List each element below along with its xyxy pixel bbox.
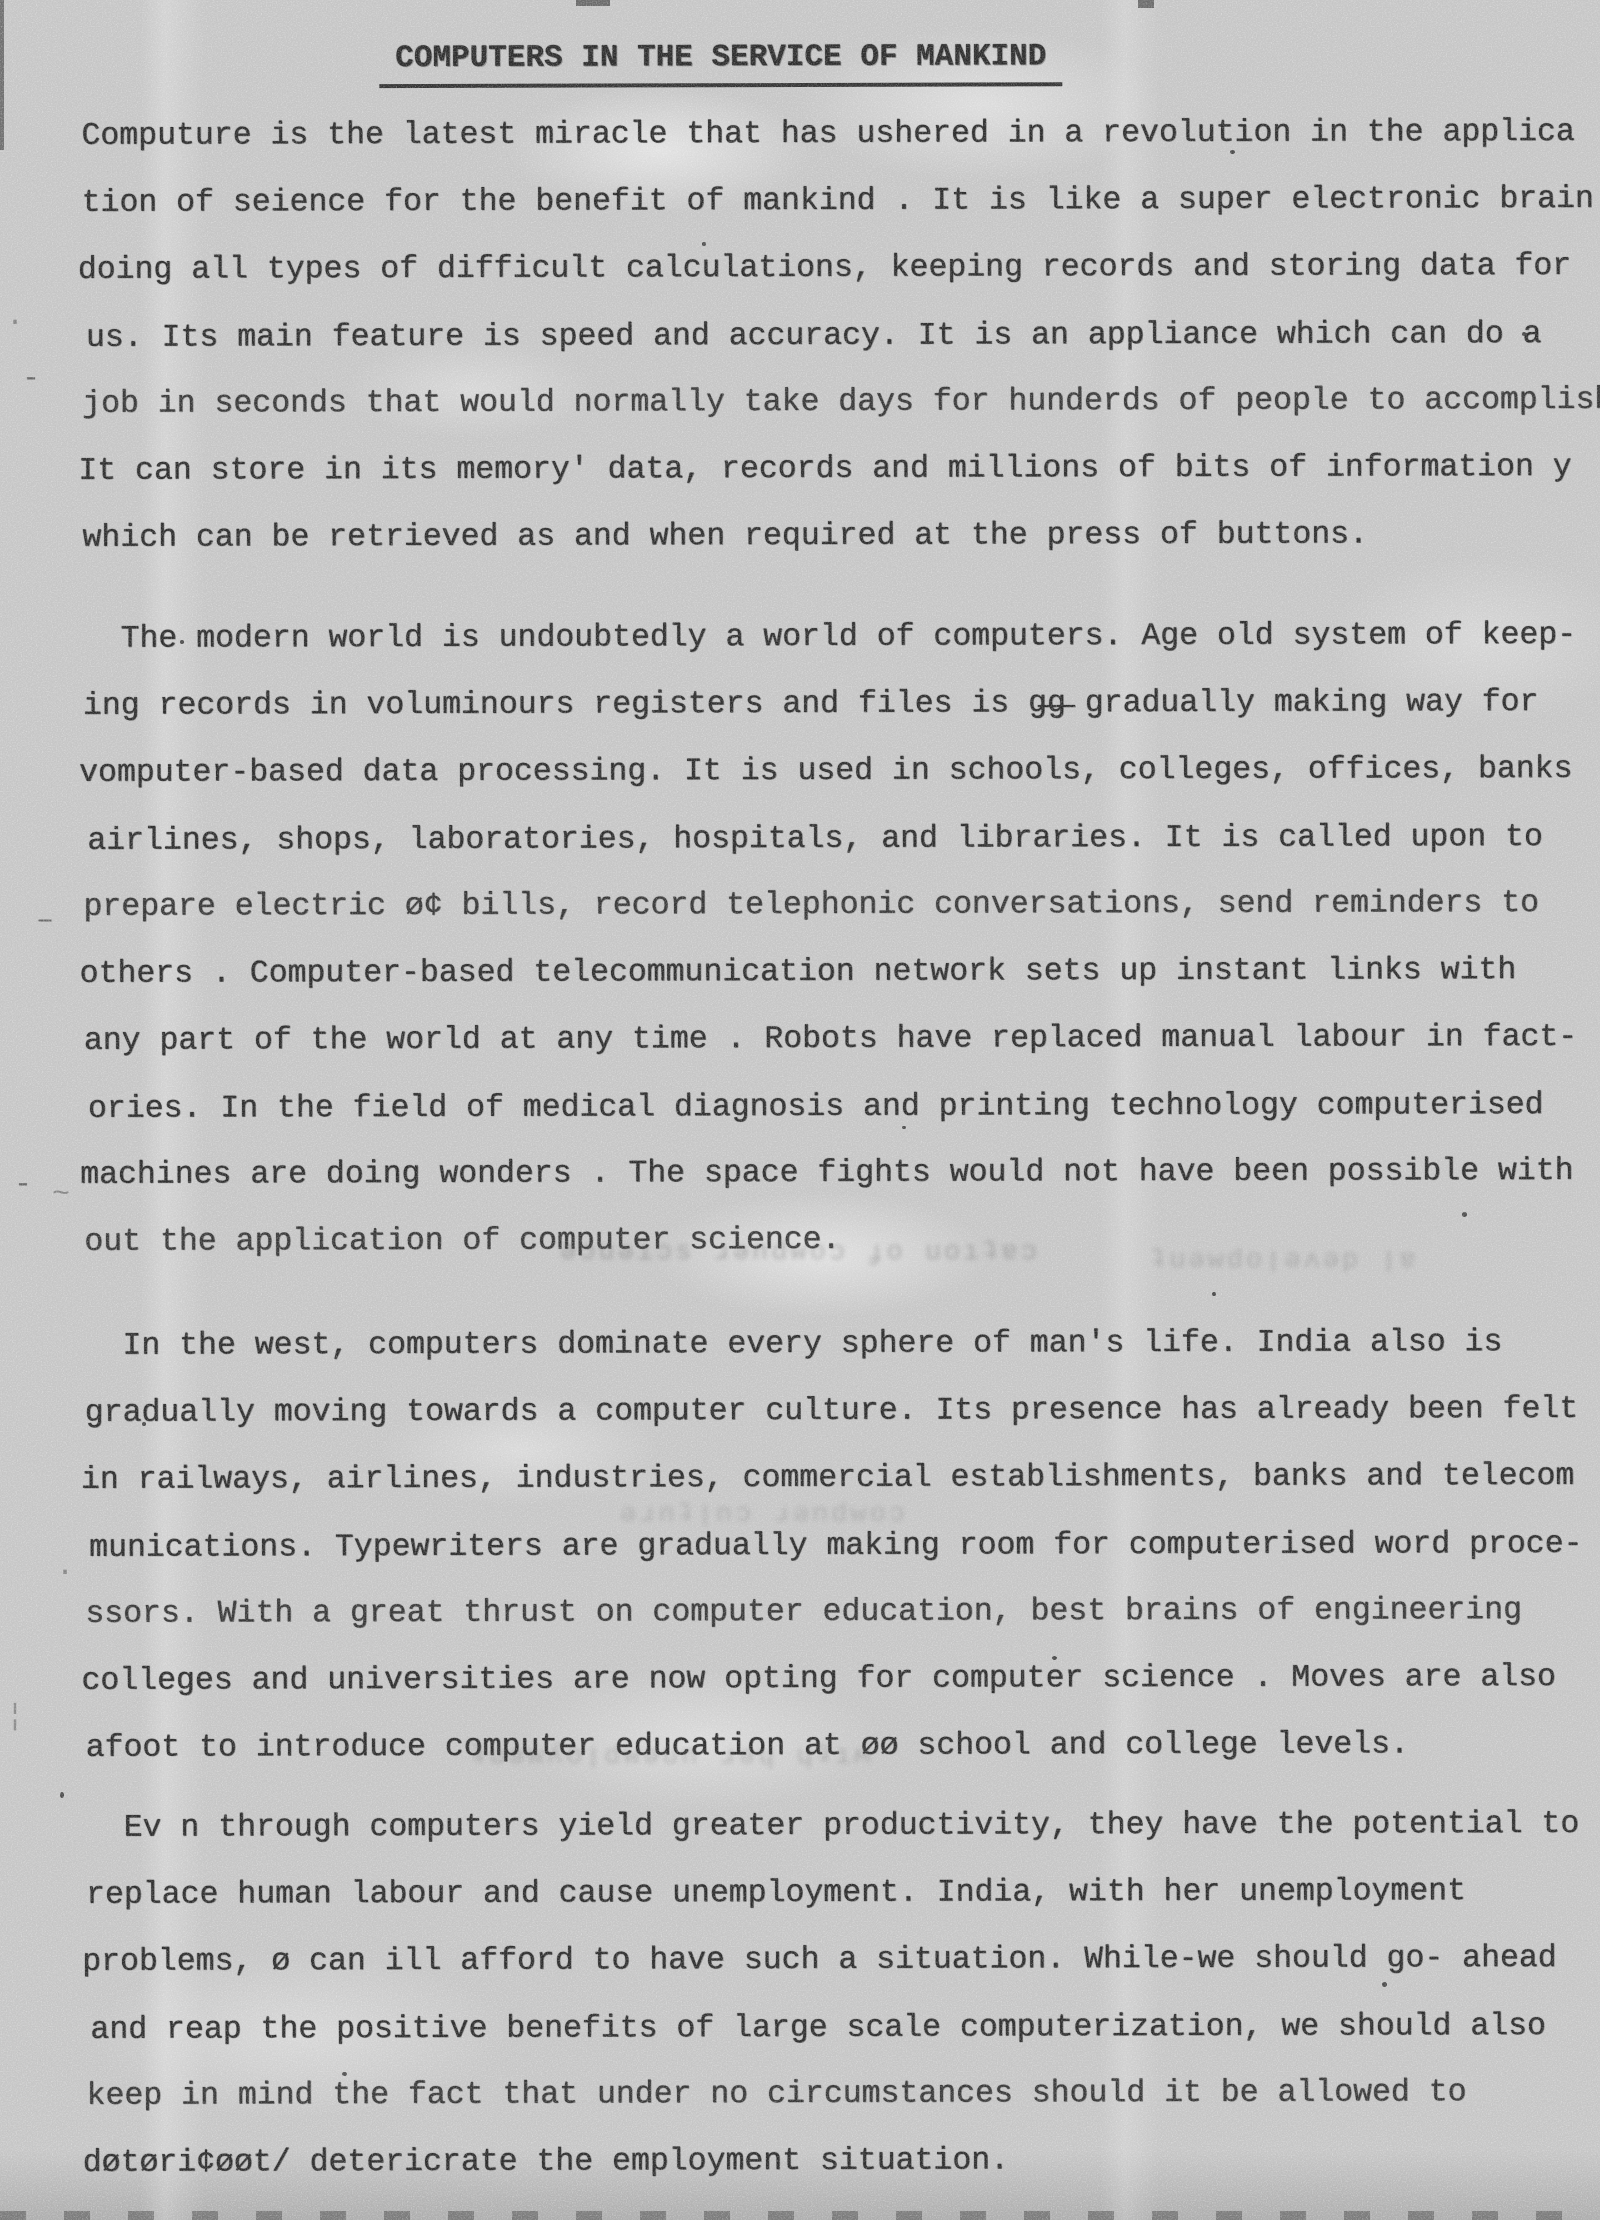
margin-mark: · — [56, 1556, 74, 1590]
text-line: gradually moving towards a computer cult… — [85, 1376, 1600, 1447]
scan-edge-artifact — [1138, 0, 1154, 8]
text-line: The modern world is undoubtedly a world … — [83, 602, 1599, 673]
text-line: which can be retrieved as and when requi… — [82, 501, 1598, 572]
text-line: It can store in its memory' data, record… — [78, 434, 1594, 505]
document-body: Computure is the latest miracle that has… — [0, 85, 1600, 2197]
document-title: COMPUTERS IN THE SERVICE OF MANKIND — [379, 39, 1062, 88]
text-line: ssors. With a great thrust on computer e… — [85, 1577, 1600, 1648]
paragraph-3: In the west, computers dominate every sp… — [85, 1309, 1600, 1782]
scanned-sheet: COMPUTERS IN THE SERVICE OF MANKIND Comp… — [0, 0, 1600, 2220]
margin-mark: · — [6, 306, 24, 340]
text-line: In the west, computers dominate every sp… — [85, 1309, 1600, 1380]
text-line: and reap the positive benefits of large … — [90, 1993, 1600, 2064]
title-row: COMPUTERS IN THE SERVICE OF MANKIND — [0, 0, 1597, 89]
text-line: Ev n through computers yield greater pro… — [86, 1791, 1600, 1862]
text-line: ories. In the field of medical diagnosis… — [88, 1072, 1600, 1143]
text-line: out the application of computer science. — [84, 1205, 1600, 1276]
text-line: colleges and universities are now opting… — [81, 1644, 1597, 1715]
paragraph-4: Ev n through computers yield greater pro… — [86, 1791, 1600, 2197]
text-line: Computure is the latest miracle that has… — [81, 99, 1597, 170]
text-line: prepare electric ø¢ bills, record teleph… — [83, 870, 1599, 941]
text-line: doing all types of difficult calculation… — [78, 233, 1594, 304]
margin-mark: - — [14, 1168, 32, 1202]
text-line: machines are doing wonders . The space f… — [80, 1138, 1596, 1209]
margin-mark: - — [22, 362, 40, 396]
text-line: replace human labour and cause unemploym… — [86, 1858, 1600, 1929]
document-page: COMPUTERS IN THE SERVICE OF MANKIND Comp… — [0, 0, 1600, 2220]
text-line: afoot to introduce computer education at… — [86, 1711, 1600, 1782]
text-line: airlines, shops, laboratories, hospitals… — [87, 804, 1600, 875]
text-line: munications. Typewriters are gradually m… — [89, 1511, 1600, 1582]
margin-mark: ¦ — [6, 1700, 24, 1734]
margin-mark: – — [36, 904, 54, 938]
text-line: problems, ø can ill afford to have such … — [82, 1925, 1598, 1996]
text-line: others . Computer-based telecommunicatio… — [80, 937, 1596, 1008]
text-line: tion of seience for the benefit of manki… — [82, 166, 1598, 237]
paragraph-1: Computure is the latest miracle that has… — [81, 99, 1598, 572]
scan-edge-artifact — [576, 0, 610, 6]
margin-mark: ~ — [52, 1178, 70, 1212]
text-line: us. Its main feature is speed and accura… — [86, 301, 1600, 372]
text-line: vomputer-based data processing. It is us… — [79, 736, 1595, 807]
text-line: døtøri¢øøt/ detericrate the employment s… — [83, 2126, 1599, 2197]
text-line: job in seconds that would normally take … — [82, 367, 1598, 438]
text-line: any part of the world at any time . Robo… — [84, 1004, 1600, 1075]
scan-edge-artifact — [0, 0, 4, 150]
text-line: ing records in voluminours registers and… — [83, 669, 1599, 740]
text-line: in railways, airlines, industries, comme… — [81, 1443, 1597, 1514]
text-line: keep in mind the fact that under no circ… — [86, 2059, 1600, 2130]
paragraph-2: The modern world is undoubtedly a world … — [83, 602, 1600, 1276]
